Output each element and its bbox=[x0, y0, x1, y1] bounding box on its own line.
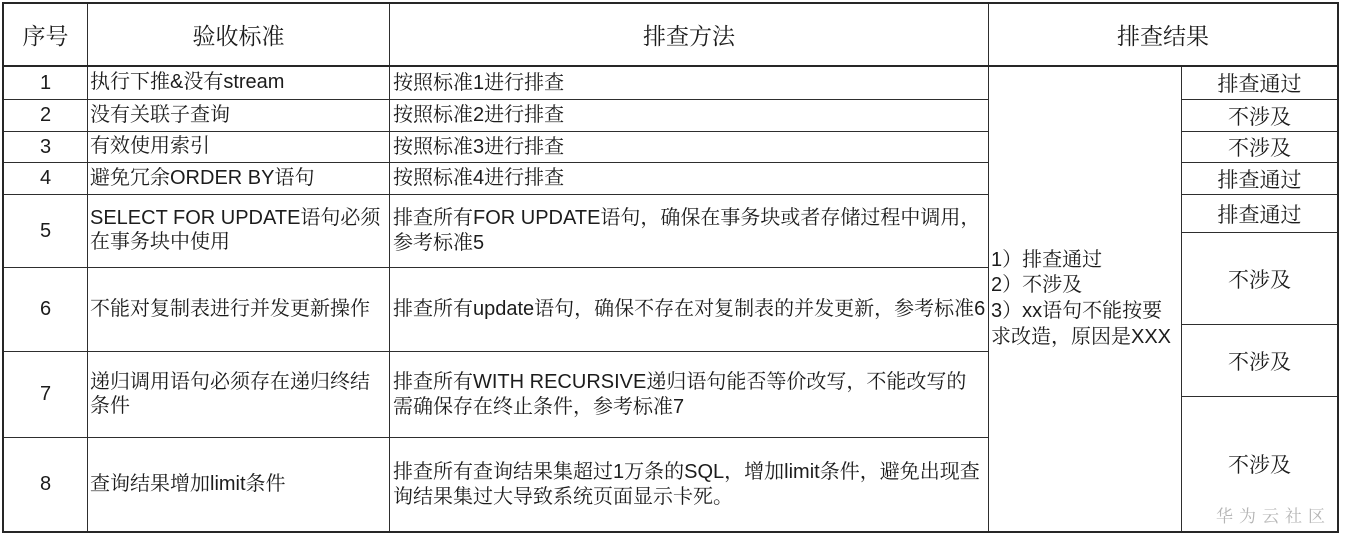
row-number-cell: 7 bbox=[4, 352, 88, 437]
method-cell: 排查所有查询结果集超过1万条的SQL，增加limit条件，避免出现查询结果集过大… bbox=[390, 438, 989, 531]
table-row: 6 不能对复制表进行并发更新操作 排查所有update语句，确保不存在对复制表的… bbox=[4, 268, 989, 352]
table-body: 1 执行下推&没有stream 按照标准1进行排查 2 没有关联子查询 按照标准… bbox=[4, 67, 1337, 531]
row-number-cell: 1 bbox=[4, 67, 88, 99]
row-number-cell: 5 bbox=[4, 195, 88, 267]
table-row: 3 有效使用索引 按照标准3进行排查 bbox=[4, 132, 989, 163]
method-cell: 排查所有FOR UPDATE语句，确保在事务块或者存储过程中调用，参考标准5 bbox=[390, 195, 989, 267]
criteria-cell: SELECT FOR UPDATE语句必须在事务块中使用 bbox=[88, 195, 390, 267]
criteria-cell: 不能对复制表进行并发更新操作 bbox=[88, 268, 390, 351]
table-row: 1 执行下推&没有stream 按照标准1进行排查 bbox=[4, 67, 989, 100]
row-number-cell: 2 bbox=[4, 100, 88, 131]
method-cell: 按照标准2进行排查 bbox=[390, 100, 989, 131]
result-value-cell: 排查通过 bbox=[1182, 163, 1337, 195]
huawei-cloud-community-watermark: 华为云社区 bbox=[1216, 502, 1331, 527]
method-cell: 排查所有update语句，确保不存在对复制表的并发更新，参考标准6 bbox=[390, 268, 989, 351]
row-number-cell: 6 bbox=[4, 268, 88, 351]
row-number-cell: 3 bbox=[4, 132, 88, 162]
table-row: 2 没有关联子查询 按照标准2进行排查 bbox=[4, 100, 989, 132]
row-number-cell: 8 bbox=[4, 438, 88, 531]
table-header-row: 序号 验收标准 排查方法 排查结果 bbox=[4, 4, 1337, 67]
row-number-cell: 4 bbox=[4, 163, 88, 194]
result-note-text: 1）排查通过 2）不涉及 3）xx语句不能按要求改造，原因是XXX bbox=[989, 248, 1181, 350]
table-left-columns: 1 执行下推&没有stream 按照标准1进行排查 2 没有关联子查询 按照标准… bbox=[4, 67, 989, 531]
method-cell: 按照标准1进行排查 bbox=[390, 67, 989, 99]
header-method: 排查方法 bbox=[390, 4, 989, 65]
result-value-cell: 不涉及 bbox=[1182, 325, 1337, 397]
table-row: 5 SELECT FOR UPDATE语句必须在事务块中使用 排查所有FOR U… bbox=[4, 195, 989, 268]
inspection-table: 序号 验收标准 排查方法 排查结果 1 执行下推&没有stream 按照标准1进… bbox=[2, 2, 1339, 533]
header-no: 序号 bbox=[4, 4, 88, 65]
result-note-merged-cell: 1）排查通过 2）不涉及 3）xx语句不能按要求改造，原因是XXX bbox=[989, 67, 1182, 531]
header-criteria: 验收标准 bbox=[88, 4, 390, 65]
result-value-cell: 不涉及 bbox=[1182, 132, 1337, 163]
table-row: 7 递归调用语句必须存在递归终结条件 排查所有WITH RECURSIVE递归语… bbox=[4, 352, 989, 438]
result-value-cell: 不涉及 bbox=[1182, 100, 1337, 132]
table-row: 4 避免冗余ORDER BY语句 按照标准4进行排查 bbox=[4, 163, 989, 195]
result-values-column: 排查通过 不涉及 不涉及 排查通过 排查通过 不涉及 不涉及 不涉及 bbox=[1182, 67, 1337, 531]
method-cell: 按照标准3进行排查 bbox=[390, 132, 989, 162]
criteria-cell: 递归调用语句必须存在递归终结条件 bbox=[88, 352, 390, 437]
method-cell: 按照标准4进行排查 bbox=[390, 163, 989, 194]
document-page: 序号 验收标准 排查方法 排查结果 1 执行下推&没有stream 按照标准1进… bbox=[0, 0, 1347, 545]
criteria-cell: 有效使用索引 bbox=[88, 132, 390, 162]
criteria-cell: 查询结果增加limit条件 bbox=[88, 438, 390, 531]
table-row: 8 查询结果增加limit条件 排查所有查询结果集超过1万条的SQL，增加lim… bbox=[4, 438, 989, 531]
criteria-cell: 没有关联子查询 bbox=[88, 100, 390, 131]
header-result: 排查结果 bbox=[989, 4, 1337, 65]
criteria-cell: 避免冗余ORDER BY语句 bbox=[88, 163, 390, 194]
result-value-cell: 排查通过 bbox=[1182, 195, 1337, 233]
criteria-cell: 执行下推&没有stream bbox=[88, 67, 390, 99]
method-cell: 排查所有WITH RECURSIVE递归语句能否等价改写，不能改写的需确保存在终… bbox=[390, 352, 989, 437]
result-value-cell: 不涉及 bbox=[1182, 233, 1337, 325]
result-value-cell: 排查通过 bbox=[1182, 67, 1337, 100]
